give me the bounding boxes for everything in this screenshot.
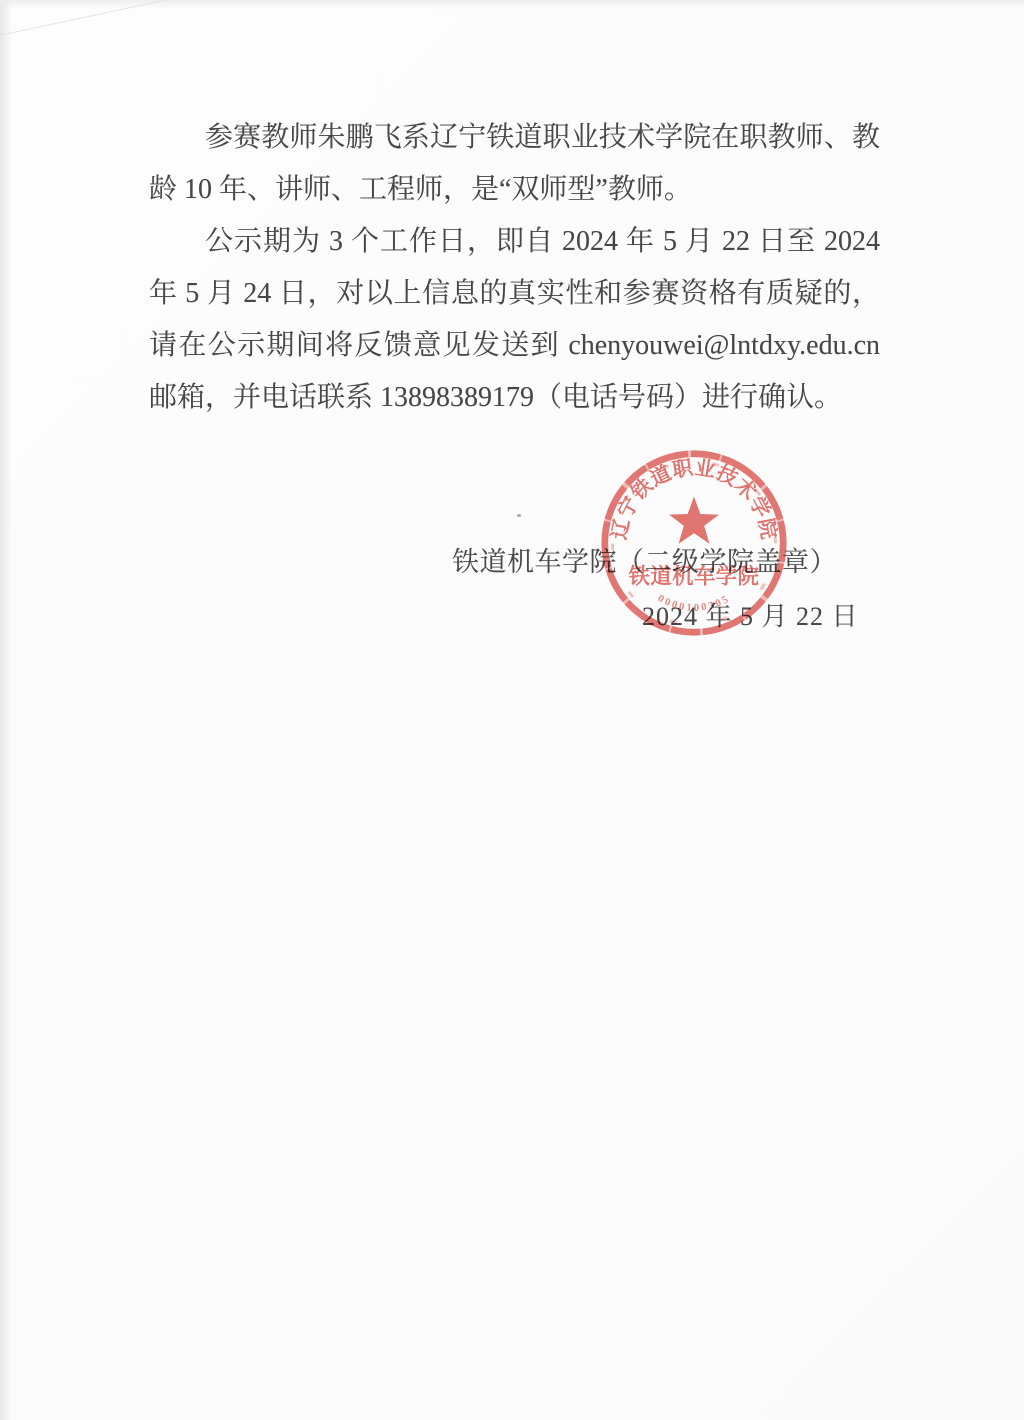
- scanned-document-page: 参赛教师朱鹏飞系辽宁铁道职业技术学院在职教师、教 龄 10 年、讲师、工程师，是…: [0, 0, 1024, 1420]
- seal-serial-number: 0000100305: [656, 592, 733, 614]
- scan-speck: [517, 514, 521, 517]
- body-line-1: 参赛教师朱鹏飞系辽宁铁道职业技术学院在职教师、教: [149, 112, 880, 164]
- body-line-4: 年 5 月 24 日，对以上信息的真实性和参赛资格有质疑的，: [149, 268, 880, 320]
- body-line-5: 请在公示期间将反馈意见发送到 chenyouwei@lntdxy.edu.cn: [149, 320, 880, 372]
- body-line-2: 龄 10 年、讲师、工程师，是“双师型”教师。: [149, 164, 880, 216]
- scan-edge-shadow-left: [0, 0, 12, 1420]
- announcement-body: 参赛教师朱鹏飞系辽宁铁道职业技术学院在职教师、教 龄 10 年、讲师、工程师，是…: [149, 112, 880, 424]
- body-line-3: 公示期为 3 个工作日，即自 2024 年 5 月 22 日至 2024: [149, 216, 880, 268]
- seal-inner-text: 铁道机车学院: [628, 564, 760, 589]
- official-seal-stamp: 辽宁铁道职业技术学院 铁道机车学院 0000100305: [597, 446, 791, 640]
- seal-star-icon: [669, 496, 719, 543]
- body-line-6: 邮箱，并电话联系 13898389179（电话号码）进行确认。: [149, 372, 880, 424]
